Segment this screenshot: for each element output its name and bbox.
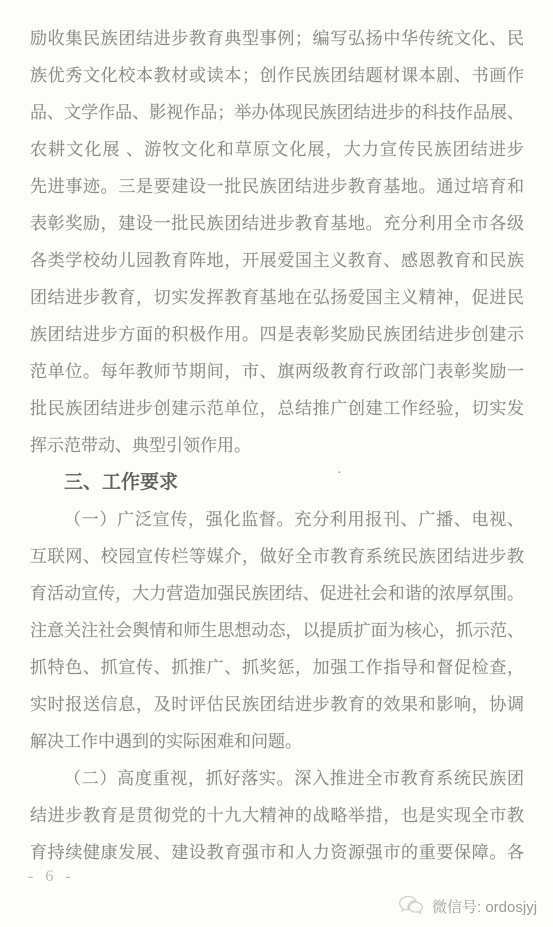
text-line: 先进事迹。三是要建设一批民族团结进步教育基地。通过培育和 bbox=[30, 168, 524, 205]
text-line: 育活动宣传，大力营造加强民族团结、促进社会和谐的浓厚氛围。 bbox=[30, 575, 524, 612]
scanned-document-page: 励收集民族团结进步教育典型事例；编写弘扬中华传统文化、民 族优秀文化校本教材或读… bbox=[0, 0, 553, 927]
text-line: 批民族团结进步创建示范单位，总结推广创建工作经验，切实发 bbox=[30, 390, 524, 427]
text-line: 范单位。每年教师节期间，市、旗两级教育行政部门表彰奖励一 bbox=[30, 353, 524, 390]
page-number: - 6 - bbox=[28, 868, 75, 886]
text-line: 注意关注社会舆情和师生思想动态，以提质扩面为核心，抓示范、 bbox=[30, 612, 524, 649]
text-line: 族团结进步方面的积极作用。四是表彰奖励民族团结进步创建示 bbox=[30, 316, 524, 353]
text-line: 品、文学作品、影视作品；举办体现民族团结进步的科技作品展、 bbox=[30, 94, 524, 131]
text-line: 实时报送信息，及时评估民族团结进步教育的效果和影响，协调 bbox=[30, 686, 524, 723]
section-heading: 三、工作要求 bbox=[30, 464, 524, 501]
paragraph-start-line: （二）高度重视，抓好落实。深入推进全市教育系统民族团 bbox=[30, 760, 524, 797]
wechat-watermark: 微信号: ordosjyj bbox=[398, 895, 537, 917]
paragraph-start-line: （一）广泛宣传，强化监督。充分利用报刊、广播、电视、 bbox=[30, 501, 524, 538]
text-line: 农耕文化展 、游牧文化和草原文化展，大力宣传民族团结进步 bbox=[30, 131, 524, 168]
text-line: 挥示范带动、典型引领作用。 bbox=[30, 427, 524, 464]
text-line: 团结进步教育，切实发挥教育基地在弘扬爱国主义精神，促进民 bbox=[30, 279, 524, 316]
scan-artifact-dot: · bbox=[337, 466, 342, 482]
text-line: 结进步教育是贯彻党的十九大精神的战略举措，也是实现全市教 bbox=[30, 797, 524, 834]
text-line: 表彰奖励，建设一批民族团结进步教育基地。充分利用全市各级 bbox=[30, 205, 524, 242]
wechat-id-label: 微信号: ordosjyj bbox=[432, 896, 537, 917]
text-line: 各类学校幼儿园教育阵地，开展爱国主义教育、感恩教育和民族 bbox=[30, 242, 524, 279]
text-line: 族优秀文化校本教材或读本；创作民族团结题材课本剧、书画作 bbox=[30, 57, 524, 94]
text-line: 育持续健康发展、建设教育强市和人力资源强市的重要保障。各 bbox=[30, 834, 524, 871]
text-line: 互联网、校园宣传栏等媒介，做好全市教育系统民族团结进步教 bbox=[30, 538, 524, 575]
text-line: 抓特色、抓宣传、抓推广、抓奖惩，加强工作指导和督促检查， bbox=[30, 649, 524, 686]
wechat-icon bbox=[398, 895, 426, 917]
text-line: 解决工作中遇到的实际困难和问题。 bbox=[30, 723, 524, 760]
document-body: 励收集民族团结进步教育典型事例；编写弘扬中华传统文化、民 族优秀文化校本教材或读… bbox=[30, 20, 524, 871]
text-line: 励收集民族团结进步教育典型事例；编写弘扬中华传统文化、民 bbox=[30, 20, 524, 57]
